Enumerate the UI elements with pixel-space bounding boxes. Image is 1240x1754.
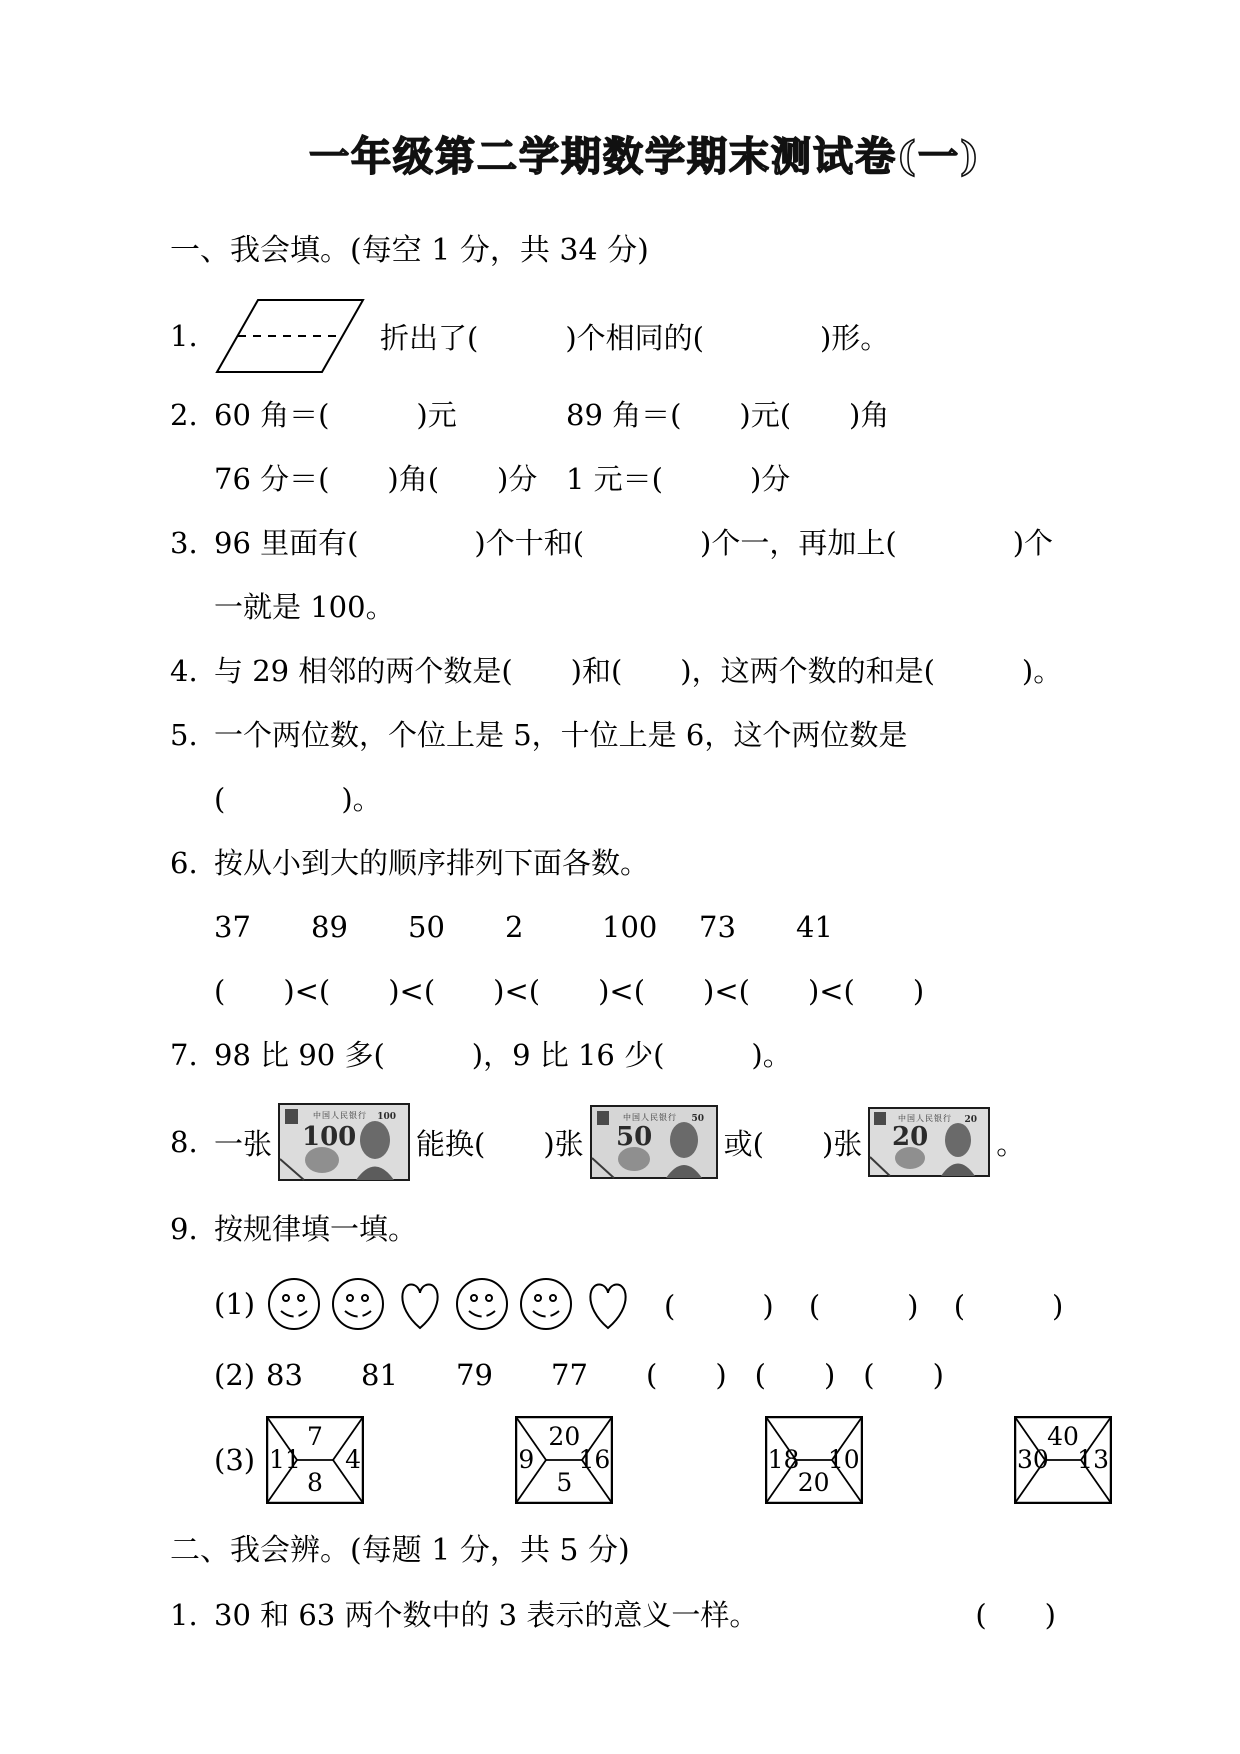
question-4-text: 与 29 相邻的两个数是( )和( )，这两个数的和是( )。 bbox=[214, 650, 1062, 692]
paper-title-art: 一年级第二学期数学期末测试卷(一) bbox=[245, 128, 1045, 184]
question-9-part1: (1) bbox=[170, 1272, 1120, 1336]
envelope-right-value: 16 bbox=[579, 1447, 611, 1472]
number-item: 41 bbox=[796, 906, 833, 948]
note-value: 100 bbox=[302, 1122, 356, 1152]
question-8: 8. 一张 中国人民银行 100 100 能换( )张 中国人民银行 50 50… bbox=[170, 1098, 1120, 1186]
question-2-item-1: 60 角＝( )元 bbox=[214, 394, 566, 436]
question-9-text: 按规律填一填。 bbox=[214, 1208, 417, 1250]
note-portrait-icon bbox=[945, 1123, 971, 1157]
number-item: 37 bbox=[214, 906, 311, 948]
question-7-text: 98 比 90 多( )，9 比 16 少( )。 bbox=[214, 1034, 792, 1076]
note-portrait-icon bbox=[360, 1121, 390, 1159]
number-item: 77 bbox=[551, 1354, 646, 1396]
question-4: 4. 与 29 相邻的两个数是( )和( )，这两个数的和是( )。 bbox=[170, 650, 1120, 692]
test-paper-page: 一年级第二学期数学期末测试卷(一) 一、我会填。(每空 1 分，共 34 分) … bbox=[0, 0, 1240, 1754]
question-9-part3: (3) 7 11 4 8 bbox=[170, 1416, 1120, 1504]
parallelogram-fold-diagram bbox=[214, 297, 366, 375]
question-3-line2: 一就是 100。 bbox=[170, 586, 1120, 628]
number-item: 50 bbox=[408, 906, 505, 948]
paper-title-text: 一年级第二学期数学期末测试卷(一) bbox=[309, 133, 981, 180]
blank: ( ) bbox=[809, 1289, 919, 1323]
envelope-right-value: 4 bbox=[345, 1447, 361, 1472]
heart-icon bbox=[582, 1276, 634, 1332]
paper-title: 一年级第二学期数学期末测试卷(一) bbox=[170, 128, 1120, 184]
envelope-bottom-value: 8 bbox=[266, 1470, 364, 1495]
question-3-text: 96 里面有( )个十和( )个一，再加上( )个 bbox=[214, 522, 1053, 564]
question-8-text-3: 或( )张 bbox=[724, 1122, 863, 1163]
question-2-item-2: 89 角＝( )元( )角 bbox=[566, 394, 889, 436]
question-9-part2: (2) 83 81 79 77 ( ) ( ) ( ) bbox=[170, 1354, 1120, 1396]
note-portrait-icon bbox=[670, 1122, 698, 1158]
envelope-right-value: 10 bbox=[828, 1447, 860, 1472]
question-5-text: 一个两位数，个位上是 5，十位上是 6，这个两位数是 bbox=[214, 714, 907, 756]
heart-icon bbox=[394, 1276, 446, 1332]
question-1-text: 折出了( )个相同的( )形。 bbox=[380, 316, 889, 357]
envelope-left-value: 9 bbox=[518, 1447, 534, 1472]
section2-question-1-answer-blank: ( ) bbox=[975, 1594, 1056, 1636]
question-7-number: 7. bbox=[170, 1034, 214, 1076]
note-bank-name: 中国人民银行 bbox=[313, 1110, 367, 1120]
banknote-50-yuan: 中国人民银行 50 50 bbox=[590, 1105, 718, 1179]
note-emblem-icon bbox=[597, 1111, 609, 1125]
blank: ( ) bbox=[755, 1354, 836, 1396]
smiley-icon bbox=[266, 1276, 322, 1332]
number-item: 81 bbox=[361, 1354, 456, 1396]
question-9: 9. 按规律填一填。 bbox=[170, 1208, 1120, 1250]
envelope-right-value: 13 bbox=[1077, 1447, 1109, 1472]
note-rosette bbox=[618, 1147, 650, 1171]
note-rosette bbox=[305, 1147, 339, 1173]
number-item: 100 bbox=[602, 906, 699, 948]
question-8-number: 8. bbox=[170, 1125, 214, 1159]
smiley-icon bbox=[454, 1276, 510, 1332]
question-9-number: 9. bbox=[170, 1208, 214, 1250]
blank: ( ) bbox=[646, 1354, 727, 1396]
section1-heading: 一、我会填。(每空 1 分，共 34 分) bbox=[170, 230, 1120, 272]
question-2-item-3: 76 分＝( )角( )分 bbox=[214, 458, 566, 500]
number-item: 79 bbox=[456, 1354, 551, 1396]
section2-question-1-number: 1. bbox=[170, 1594, 214, 1636]
question-3-number: 3. bbox=[170, 522, 214, 564]
question-2-item-4: 1 元＝( )分 bbox=[566, 458, 790, 500]
note-rosette bbox=[895, 1147, 925, 1169]
envelope-diagram-3: 18 10 20 bbox=[765, 1416, 863, 1504]
envelope-left-value: 11 bbox=[269, 1447, 301, 1472]
section2-question-1-text: 30 和 63 两个数中的 3 表示的意义一样。 bbox=[214, 1594, 758, 1636]
note-corner-value: 100 bbox=[377, 1112, 396, 1122]
envelope-diagram-2: 20 9 16 5 bbox=[515, 1416, 613, 1504]
question-2-line1: 2. 60 角＝( )元 89 角＝( )元( )角 bbox=[170, 394, 1120, 436]
question-6-number: 6. bbox=[170, 842, 214, 884]
note-emblem-icon bbox=[874, 1112, 886, 1125]
question-8-text-1: 一张 bbox=[214, 1122, 272, 1163]
number-item: 2 bbox=[505, 906, 602, 948]
envelope-diagram-4: 40 30 13 bbox=[1014, 1416, 1112, 1504]
section2-heading: 二、我会辨。(每题 1 分，共 5 分) bbox=[170, 1530, 1120, 1572]
question-8-text-4: 。 bbox=[996, 1122, 1025, 1163]
envelope-diagram-1: 7 11 4 8 bbox=[266, 1416, 364, 1504]
envelope-strip: 7 11 4 8 20 9 16 5 bbox=[266, 1416, 1112, 1504]
number-item: 89 bbox=[311, 906, 408, 948]
number-item: 83 bbox=[266, 1354, 361, 1396]
question-7: 7. 98 比 90 多( )，9 比 16 少( )。 bbox=[170, 1034, 1120, 1076]
question-5-number: 5. bbox=[170, 714, 214, 756]
question-2-line2: 76 分＝( )角( )分 1 元＝( )分 bbox=[170, 458, 1120, 500]
blank: ( ) bbox=[863, 1354, 944, 1396]
question-2-number: 2. bbox=[170, 394, 214, 436]
note-emblem-icon bbox=[285, 1109, 298, 1124]
banknote-100-yuan: 中国人民银行 100 100 bbox=[278, 1103, 410, 1181]
question-3-line1: 3. 96 里面有( )个十和( )个一，再加上( )个 bbox=[170, 522, 1120, 564]
question-6-numbers: 37 89 50 2 100 73 41 bbox=[170, 906, 1120, 948]
question-5-line1: 5. 一个两位数，个位上是 5，十位上是 6，这个两位数是 bbox=[170, 714, 1120, 756]
envelope-left-value: 18 bbox=[768, 1447, 800, 1472]
question-4-number: 4. bbox=[170, 650, 214, 692]
banknote-20-yuan: 中国人民银行 20 20 bbox=[868, 1107, 990, 1177]
number-item: 73 bbox=[699, 906, 796, 948]
part1-blanks: ( ) ( ) ( ) bbox=[664, 1284, 1089, 1325]
part2-label: (2) bbox=[214, 1354, 266, 1396]
envelope-bottom-value: 5 bbox=[515, 1470, 613, 1495]
section2-question-1: 1. 30 和 63 两个数中的 3 表示的意义一样。 ( ) bbox=[170, 1594, 1120, 1636]
question-6: 6. 按从小到大的顺序排列下面各数。 bbox=[170, 842, 1120, 884]
part1-label: (1) bbox=[214, 1287, 266, 1321]
question-8-text-2: 能换( )张 bbox=[416, 1122, 584, 1163]
note-corner-value: 20 bbox=[965, 1115, 978, 1125]
smiley-icon bbox=[330, 1276, 386, 1332]
envelope-left-value: 30 bbox=[1017, 1447, 1049, 1472]
question-1: 1. 折出了( )个相同的( )形。 bbox=[170, 294, 1120, 378]
blank: ( ) bbox=[664, 1289, 774, 1323]
part3-label: (3) bbox=[214, 1416, 266, 1504]
question-6-text: 按从小到大的顺序排列下面各数。 bbox=[214, 842, 649, 884]
question-6-compare-blanks: ( )<( )<( )<( )<( )<( )<( ) bbox=[170, 970, 1120, 1012]
question-1-number: 1. bbox=[170, 319, 214, 353]
smiley-icon bbox=[518, 1276, 574, 1332]
note-corner-value: 50 bbox=[691, 1114, 704, 1124]
note-bank-name: 中国人民银行 bbox=[623, 1112, 677, 1122]
envelope-bottom-value: 20 bbox=[765, 1470, 863, 1495]
question-5-line2: ( )。 bbox=[170, 778, 1120, 820]
blank: ( ) bbox=[954, 1289, 1064, 1323]
